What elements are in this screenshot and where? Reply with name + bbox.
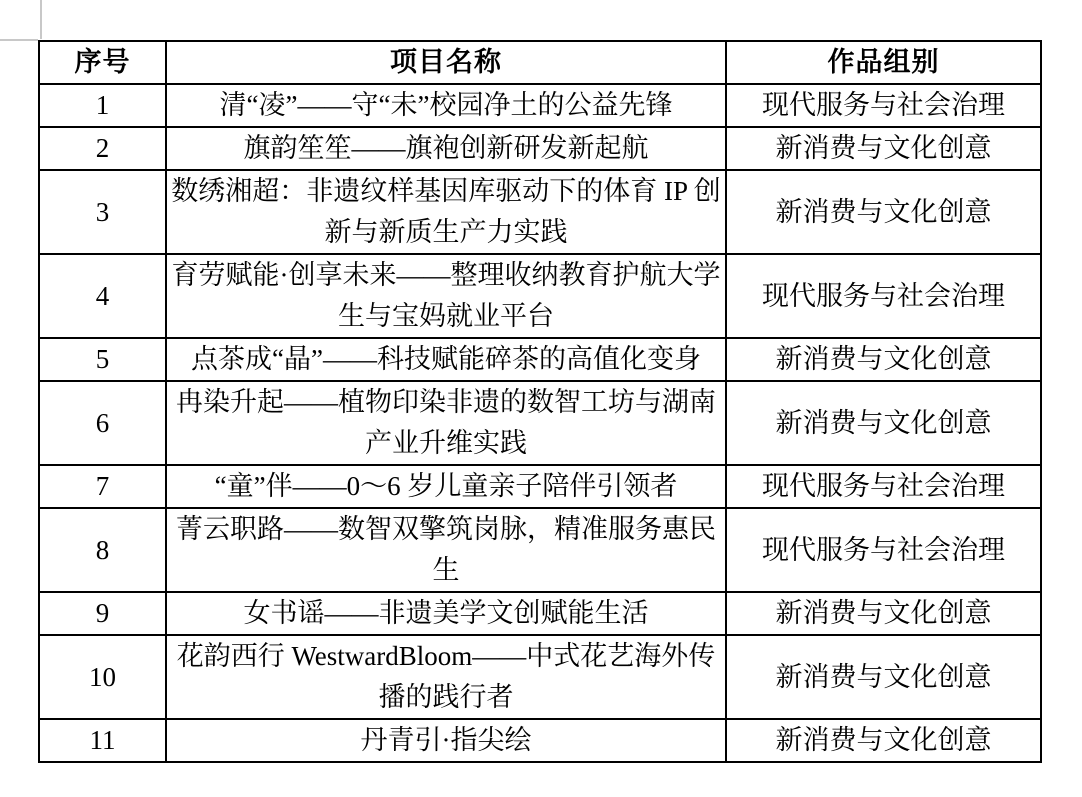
cell-work-group[interactable]: 现代服务与社会治理 xyxy=(726,465,1041,508)
document-page: 序号 项目名称 作品组别 1 清“凌”——守“未”校园净土的公益先锋 现代服务与… xyxy=(0,0,1082,797)
cell-serial-number[interactable]: 9 xyxy=(39,592,166,635)
cell-serial-number[interactable]: 1 xyxy=(39,84,166,127)
cell-work-group[interactable]: 现代服务与社会治理 xyxy=(726,254,1041,338)
table-row: 5 点茶成“晶”——科技赋能碎茶的高值化变身 新消费与文化创意 xyxy=(39,338,1041,381)
cell-work-group[interactable]: 新消费与文化创意 xyxy=(726,381,1041,465)
cell-work-group[interactable]: 新消费与文化创意 xyxy=(726,635,1041,719)
table-row: 3 数绣湘超：非遗纹样基因库驱动下的体育 IP 创新与新质生产力实践 新消费与文… xyxy=(39,170,1041,254)
cell-work-group[interactable]: 现代服务与社会治理 xyxy=(726,84,1041,127)
cell-work-group[interactable]: 新消费与文化创意 xyxy=(726,170,1041,254)
table-row: 6 冉染升起——植物印染非遗的数智工坊与湖南产业升维实践 新消费与文化创意 xyxy=(39,381,1041,465)
table-row: 2 旗韵笙笙——旗袍创新研发新起航 新消费与文化创意 xyxy=(39,127,1041,170)
header-project-name: 项目名称 xyxy=(166,41,726,84)
table-row: 7 “童”伴——0～6 岁儿童亲子陪伴引领者 现代服务与社会治理 xyxy=(39,465,1041,508)
cell-work-group[interactable]: 新消费与文化创意 xyxy=(726,338,1041,381)
projects-table: 序号 项目名称 作品组别 1 清“凌”——守“未”校园净土的公益先锋 现代服务与… xyxy=(38,40,1042,763)
cell-project-name[interactable]: 花韵西行 WestwardBloom——中式花艺海外传播的践行者 xyxy=(166,635,726,719)
table-row: 9 女书谣——非遗美学文创赋能生活 新消费与文化创意 xyxy=(39,592,1041,635)
cell-project-name[interactable]: 点茶成“晶”——科技赋能碎茶的高值化变身 xyxy=(166,338,726,381)
table-row: 10 花韵西行 WestwardBloom——中式花艺海外传播的践行者 新消费与… xyxy=(39,635,1041,719)
cell-work-group[interactable]: 新消费与文化创意 xyxy=(726,592,1041,635)
table-header-row: 序号 项目名称 作品组别 xyxy=(39,41,1041,84)
cell-project-name[interactable]: 清“凌”——守“未”校园净土的公益先锋 xyxy=(166,84,726,127)
cell-serial-number[interactable]: 4 xyxy=(39,254,166,338)
table-body: 1 清“凌”——守“未”校园净土的公益先锋 现代服务与社会治理 2 旗韵笙笙——… xyxy=(39,84,1041,762)
cell-project-name[interactable]: “童”伴——0～6 岁儿童亲子陪伴引领者 xyxy=(166,465,726,508)
table-row: 4 育劳赋能·创享未来——整理收纳教育护航大学生与宝妈就业平台 现代服务与社会治… xyxy=(39,254,1041,338)
cell-project-name[interactable]: 丹青引·指尖绘 xyxy=(166,719,726,762)
table-row: 1 清“凌”——守“未”校园净土的公益先锋 现代服务与社会治理 xyxy=(39,84,1041,127)
cell-project-name[interactable]: 数绣湘超：非遗纹样基因库驱动下的体育 IP 创新与新质生产力实践 xyxy=(166,170,726,254)
cell-project-name[interactable]: 育劳赋能·创享未来——整理收纳教育护航大学生与宝妈就业平台 xyxy=(166,254,726,338)
cell-serial-number[interactable]: 8 xyxy=(39,508,166,592)
cell-serial-number[interactable]: 3 xyxy=(39,170,166,254)
table-row: 8 菁云职路——数智双擎筑岗脉，精准服务惠民生 现代服务与社会治理 xyxy=(39,508,1041,592)
cell-project-name[interactable]: 冉染升起——植物印染非遗的数智工坊与湖南产业升维实践 xyxy=(166,381,726,465)
margin-guide-vertical xyxy=(40,0,42,39)
cell-work-group[interactable]: 现代服务与社会治理 xyxy=(726,508,1041,592)
cell-project-name[interactable]: 菁云职路——数智双擎筑岗脉，精准服务惠民生 xyxy=(166,508,726,592)
cell-project-name[interactable]: 旗韵笙笙——旗袍创新研发新起航 xyxy=(166,127,726,170)
cell-serial-number[interactable]: 6 xyxy=(39,381,166,465)
header-work-group: 作品组别 xyxy=(726,41,1041,84)
margin-guide-horizontal xyxy=(0,39,38,41)
cell-serial-number[interactable]: 7 xyxy=(39,465,166,508)
cell-work-group[interactable]: 新消费与文化创意 xyxy=(726,127,1041,170)
header-serial-number: 序号 xyxy=(39,41,166,84)
cell-work-group[interactable]: 新消费与文化创意 xyxy=(726,719,1041,762)
cell-serial-number[interactable]: 5 xyxy=(39,338,166,381)
cell-serial-number[interactable]: 10 xyxy=(39,635,166,719)
cell-project-name[interactable]: 女书谣——非遗美学文创赋能生活 xyxy=(166,592,726,635)
cell-serial-number[interactable]: 11 xyxy=(39,719,166,762)
cell-serial-number[interactable]: 2 xyxy=(39,127,166,170)
table-row: 11 丹青引·指尖绘 新消费与文化创意 xyxy=(39,719,1041,762)
